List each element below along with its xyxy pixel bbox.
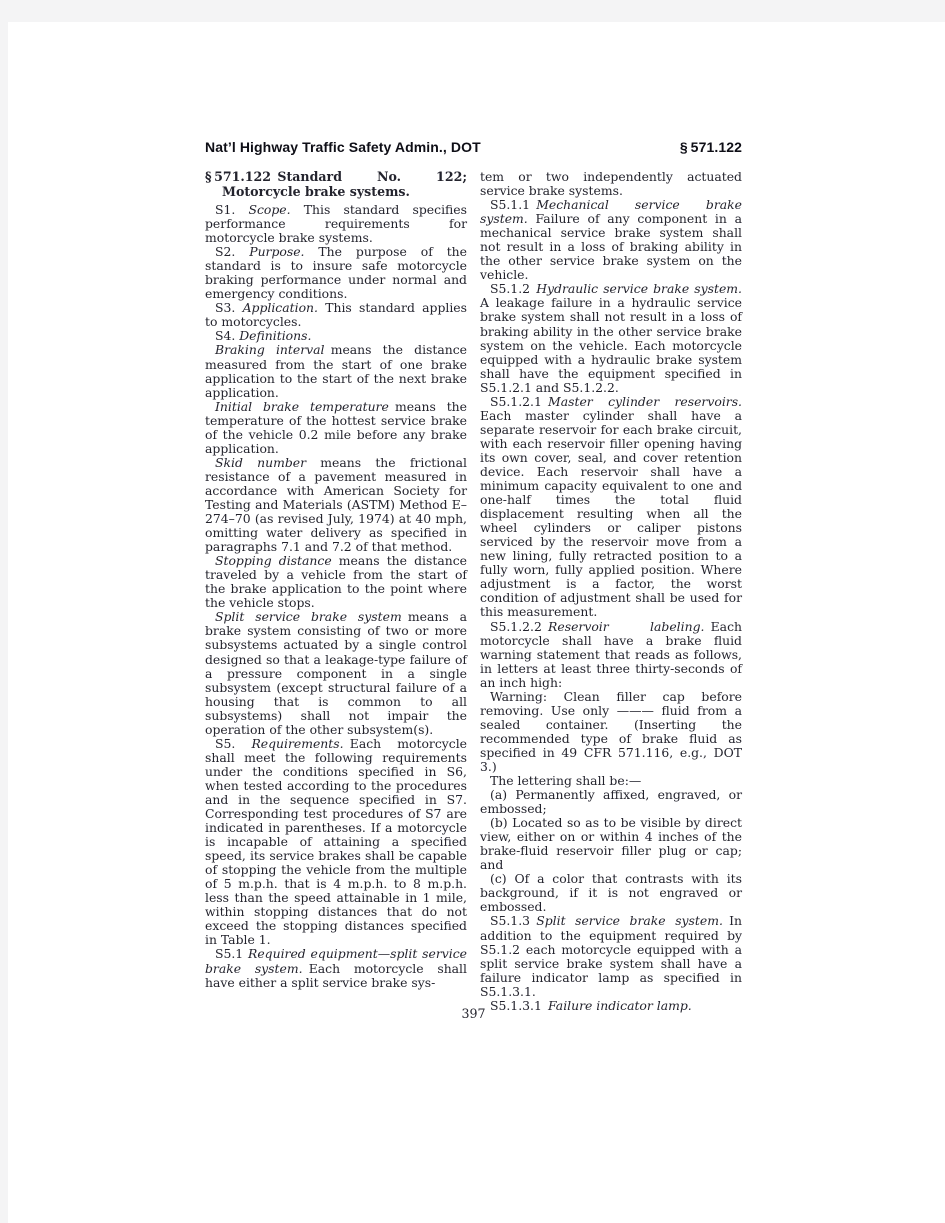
page: Nat’l Highway Traffic Safety Admin., DOT… (8, 22, 945, 1223)
section-heading: § 571.122 Standard No. 122; Motorcycle b… (205, 170, 467, 199)
running-header: Nat’l Highway Traffic Safety Admin., DOT… (205, 139, 742, 155)
paragraph: The lettering shall be:— (480, 774, 742, 788)
text-run: S5.1 (215, 946, 248, 961)
paragraph: S5.1.2 Hydraulic service brake system. A… (480, 282, 742, 394)
paragraph: S5.1.3 Split service brake system. In ad… (480, 914, 742, 998)
header-agency-title: Nat’l Highway Traffic Safety Admin., DOT (205, 139, 481, 155)
text-run: means the frictional resistance of a pav… (205, 455, 467, 554)
text-run: S1. (215, 202, 248, 217)
paragraph: S5.1 Required equipment—split service br… (205, 947, 467, 989)
paragraph: S5.1.2.2 Reservoir labeling. Each motorc… (480, 620, 742, 690)
paragraph: S2. Purpose. The purpose of the standard… (205, 245, 467, 301)
paragraph: S3. Application. This standard applies t… (205, 301, 467, 329)
italic-text: Split service brake system. (536, 913, 723, 928)
italic-text: Skid number (215, 455, 306, 470)
paragraph: (c) Of a color that contrasts with its b… (480, 872, 742, 914)
italic-text: Stopping distance (215, 553, 332, 568)
text-run: S3. (215, 300, 243, 315)
italic-text: Split service brake system (215, 609, 402, 624)
body-text: § 571.122 Standard No. 122; Motorcycle b… (205, 170, 742, 1013)
italic-text: Purpose. (249, 244, 304, 259)
italic-text: Application. (243, 300, 318, 315)
left-column: § 571.122 Standard No. 122; Motorcycle b… (205, 170, 467, 1013)
text-run: S4. (215, 328, 239, 343)
paragraph: Initial brake temperature means the temp… (205, 400, 467, 456)
text-run: A leakage failure in a hydraulic service… (480, 295, 742, 394)
italic-text: Scope. (248, 202, 290, 217)
text-run: Each motorcycle shall meet the following… (205, 736, 467, 948)
text-run: § 571.122 Standard No. 122; Motorcycle b… (205, 169, 467, 199)
text-run: (c) Of a color that contrasts with its b… (480, 871, 742, 914)
text-run: (b) Located so as to be visible by direc… (480, 815, 742, 872)
paragraph: S5.1.1 Mechanical service brake system. … (480, 198, 742, 282)
text-run: S5. (215, 736, 251, 751)
paragraph: Braking interval means the distance meas… (205, 343, 467, 399)
paragraph: S1. Scope. This standard specifies perfo… (205, 203, 467, 245)
text-run: S5.1.2.2 (490, 619, 548, 634)
text-run: (a) Permanently affixed, engraved, or em… (480, 787, 742, 816)
scanned-document: { "page": { "header_left": "Nat\u2019l H… (0, 0, 945, 1223)
text-run: S5.1.2.1 (490, 394, 548, 409)
paragraph: S5.1.2.1 Master cylinder reservoirs. Eac… (480, 395, 742, 620)
text-run: means a brake system consisting of two o… (205, 609, 467, 736)
italic-text: Hydraulic service brake system. (536, 281, 742, 296)
text-run: S5.1.3 (490, 913, 536, 928)
paragraph: (b) Located so as to be visible by direc… (480, 816, 742, 872)
paragraph: Split service brake system means a brake… (205, 610, 467, 736)
right-column: tem or two independently actuated servic… (480, 170, 742, 1013)
italic-text: Definitions. (239, 328, 311, 343)
text-run: S2. (215, 244, 249, 259)
text-run: tem or two independently actuated servic… (480, 169, 742, 198)
page-number: 397 (205, 1006, 742, 1021)
paragraph: tem or two independently actuated servic… (480, 170, 742, 198)
text-run: The lettering shall be:— (490, 773, 641, 788)
italic-text: Initial brake temperature (215, 399, 389, 414)
paragraph: S5. Requirements. Each motorcycle shall … (205, 737, 467, 948)
italic-text: Requirements. (251, 736, 343, 751)
paragraph: (a) Permanently affixed, engraved, or em… (480, 788, 742, 816)
italic-text: Braking interval (215, 342, 325, 357)
paragraph: Stopping distance means the distance tra… (205, 554, 467, 610)
paragraph: S4. Definitions. (205, 329, 467, 343)
text-run: S5.1.1 (490, 197, 536, 212)
paragraph: Warning: Clean filler cap before removin… (480, 690, 742, 774)
text-run: Each master cylinder shall have a separa… (480, 408, 742, 620)
text-run: Warning: Clean filler cap before removin… (480, 689, 742, 774)
paragraph: Skid number means the frictional resista… (205, 456, 467, 554)
italic-text: Master cylinder reservoirs. (548, 394, 742, 409)
header-section-number: § 571.122 (680, 139, 742, 155)
italic-text: Reservoir labeling. (548, 619, 704, 634)
text-run: S5.1.2 (490, 281, 536, 296)
